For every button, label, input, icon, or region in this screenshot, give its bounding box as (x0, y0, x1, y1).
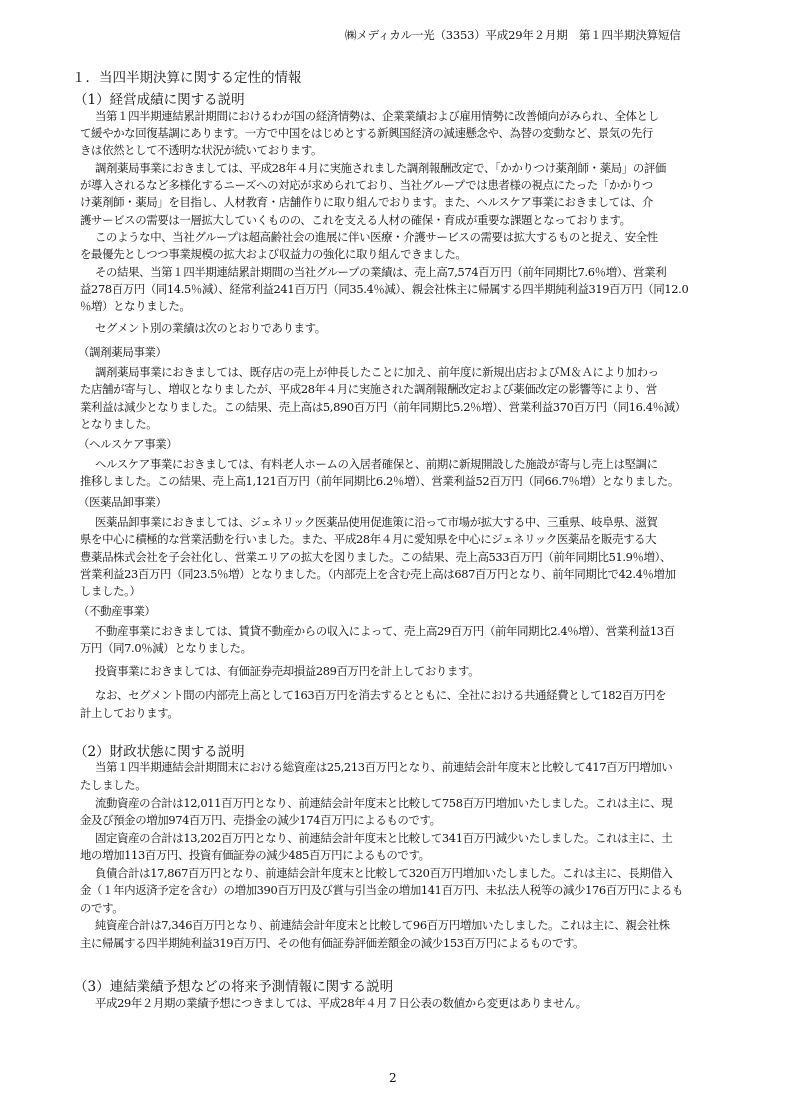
paragraph-line: しました。） (80, 583, 750, 599)
paragraph-line: きは依然として不透明な状況が続いております。 (80, 142, 750, 158)
subsection-title-3: （3）連結業績予想などの将来予測情報に関する説明 (74, 975, 393, 995)
paragraph-line: ヘルスケア事業におきましては、有料老人ホームの入居者確保と、前期に新規開設した施… (95, 456, 765, 472)
paragraph-line: 護サービスの需要は一層拡大していくものの、これを支える人材の確保・育成が重要な課… (80, 212, 750, 228)
paragraph-line: のです。 (80, 900, 750, 916)
paragraph-line: このような中、当社グループは超高齢社会の進展に伴い医療・介護サービスの需要は拡大… (95, 229, 765, 245)
paragraph-line: 推移しました。この結果、売上高1,121百万円（前年同期比6.2％増）、営業利益… (80, 473, 750, 489)
paragraph-line: を最優先としつつ事業規模の拡大および収益力の強化に取り組んできました。 (80, 246, 750, 262)
paragraph-line: 計上しております。 (80, 705, 750, 721)
paragraph-line: 営業利益23百万円（同23.5％増）となりました。（内部売上を含む売上高は687… (80, 566, 750, 582)
segment-title-wholesale: （医薬品卸事業） (78, 494, 167, 510)
subsection-title-2: （2）財政状態に関する説明 (74, 740, 245, 760)
paragraph-line: たしました。 (80, 777, 750, 793)
paragraph-line: となりました。 (80, 416, 750, 432)
paragraph-line: 当第１四半期連結累計期間におけるわが国の経済情勢は、企業業績および雇用情勢に改善… (95, 108, 765, 124)
subsection-title-1: （1）経営成績に関する説明 (74, 88, 245, 108)
paragraph-line: 負債合計は17,867百万円となり、前連結会計年度末と比較して320百万円増加い… (95, 865, 765, 881)
paragraph-line: 固定資産の合計は13,202百万円となり、前連結会計年度末と比較して341百万円… (95, 830, 765, 846)
paragraph-line: 業利益は減少となりました。この結果、売上高は5,890百万円（前年同期比5.2％… (80, 399, 750, 415)
paragraph-line: 調剤薬局事業におきましては、既存店の売上が伸長したことに加え、前年度に新規出店お… (95, 364, 765, 380)
document-page: ㈱メディカル一光（3353）平成29年２月期 第１四半期決算短信 １．当四半期決… (0, 0, 790, 1118)
paragraph-line: 地の増加113百万円、投資有価証券の減少485百万円によるものです。 (80, 847, 750, 863)
paragraph-line: 当第１四半期連結会計期間末における総資産は25,213百万円となり、前連結会計年… (95, 759, 765, 775)
paragraph-line: け薬剤師・薬局」を目指し、人材教育・店舗作りに取り組んでおります。また、ヘルスケ… (80, 194, 750, 210)
page-number: 2 (389, 1071, 397, 1085)
paragraph-line: 医薬品卸事業におきましては、ジェネリック医薬品使用促進策に沿って市場が拡大する中… (95, 514, 765, 530)
segment-title-pharmacy: （調剤薬局事業） (78, 344, 167, 360)
paragraph-line: た店舗が寄与し、増収となりましたが、平成28年４月に実施された調剤報酬改定および… (80, 381, 750, 397)
section-title: １．当四半期決算に関する定性的情報 (72, 66, 302, 86)
paragraph-line: が導入されるなど多様化するニーズへの対応が求められており、当社グループでは患者様… (80, 177, 750, 193)
document-header: ㈱メディカル一光（3353）平成29年２月期 第１四半期決算短信 (345, 27, 745, 43)
paragraph-line: 純資産合計は7,346百万円となり、前連結会計年度末と比較して96百万円増加いた… (95, 917, 765, 933)
paragraph-line: その結果、当第１四半期連結累計期間の当社グループの業績は、売上高7,574百万円… (95, 264, 765, 280)
paragraph-line: 万円（同7.0％減）となりました。 (80, 640, 750, 656)
paragraph-line: 不動産事業におきましては、賃貸不動産からの収入によって、売上高29百万円（前年同… (95, 623, 765, 639)
paragraph-line: ％増）となりました。 (80, 298, 750, 314)
paragraph-line: 豊薬品株式会社を子会社化し、営業エリアの拡大を図りました。この結果、売上高533… (80, 549, 750, 565)
paragraph-line: 調剤薬局事業におきましては、平成28年４月に実施されました調剤報酬改定で、「かか… (95, 160, 765, 176)
paragraph-line: 主に帰属する四半期純利益319百万円、その他有価証券評価差額金の減少153百万円… (80, 935, 750, 951)
segment-title-real-estate: （不動産事業） (78, 603, 156, 619)
paragraph-line: 金及び預金の増加974百万円、売掛金の減少174百万円によるものです。 (80, 812, 750, 828)
paragraph-line: なお、セグメント間の内部売上高として163百万円を消去するとともに、全社における… (95, 687, 765, 703)
paragraph-line: 金（１年内返済予定を含む）の増加390百万円及び賞与引当金の増加141百万円、未… (80, 882, 750, 898)
paragraph-line: 県を中心に積極的な営業活動を行いました。また、平成28年４月に愛知県を中心にジェ… (80, 531, 750, 547)
paragraph-line: て緩やかな回復基調にあります。一方で中国をはじめとする新興国経済の減速懸念や、為… (80, 125, 750, 141)
segment-title-healthcare: （ヘルスケア事業） (78, 436, 177, 452)
investment-line: 投資事業におきましては、有価証券売却損益289百万円を計上しております。 (95, 663, 765, 679)
paragraph-line: 益278百万円（同14.5％減）、経常利益241百万円（同35.4％減）、親会社… (80, 281, 750, 297)
paragraph-line: 平成29年２月期の業績予想につきましては、平成28年４月７日公表の数値から変更は… (95, 995, 765, 1011)
paragraph-line: セグメント別の業績は次のとおりであります。 (95, 320, 765, 336)
paragraph-line: 流動資産の合計は12,011百万円となり、前連結会計年度末と比較して758百万円… (95, 795, 765, 811)
